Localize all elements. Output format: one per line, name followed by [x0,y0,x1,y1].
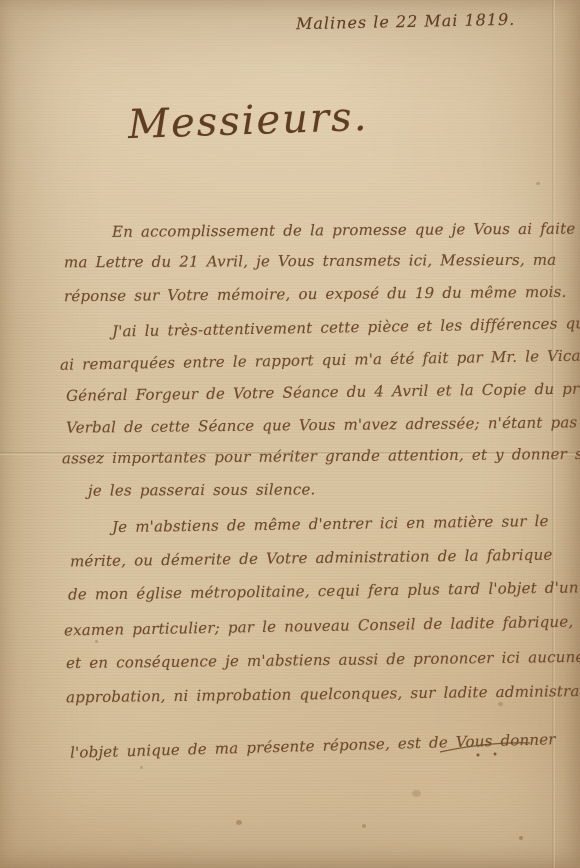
body-line: je les passerai sous silence. [88,480,316,499]
paper-stain [140,766,143,769]
body-line: assez importantes pour mériter grande at… [62,445,580,468]
letter-page: Malines le 22 Mai 1819. Messieurs. En ac… [0,0,580,868]
paper-stain [362,824,366,828]
body-line: mérite, ou démerite de Votre administrat… [70,546,553,571]
body-line: ai remarquées entre le rapport qui m'a é… [60,346,580,373]
paper-stain [536,182,540,185]
body-line: En accomplissement de la promesse que je… [112,219,580,241]
body-line: de mon église métropolitaine, cequi fera… [68,578,579,603]
body-line: et en conséquence je m'abstiens aussi de… [66,648,580,672]
body-line: Je m'abstiens de même d'entrer ici en ma… [112,512,549,536]
body-line: ma Lettre du 21 Avril, je Vous transmets… [64,251,556,272]
paper-stain [412,790,421,797]
date-line: Malines le 22 Mai 1819. [296,10,516,34]
ink-flourish-icon [438,736,538,762]
body-line: J'ai lu très-attentivement cette pièce e… [112,314,580,341]
body-line: réponse sur Votre mémoire, ou exposé du … [64,283,567,305]
body-line: Verbal de cette Séance que Vous m'avez a… [66,413,578,436]
paper-stain [519,836,523,840]
body-line: examen particulier; par le nouveau Conse… [64,613,574,640]
paper-stain [95,640,98,643]
body-line: Général Forgeur de Votre Séance du 4 Avr… [66,379,580,405]
paper-stain [236,820,242,825]
paper-stain [498,702,503,706]
salutation: Messieurs. [127,94,369,148]
